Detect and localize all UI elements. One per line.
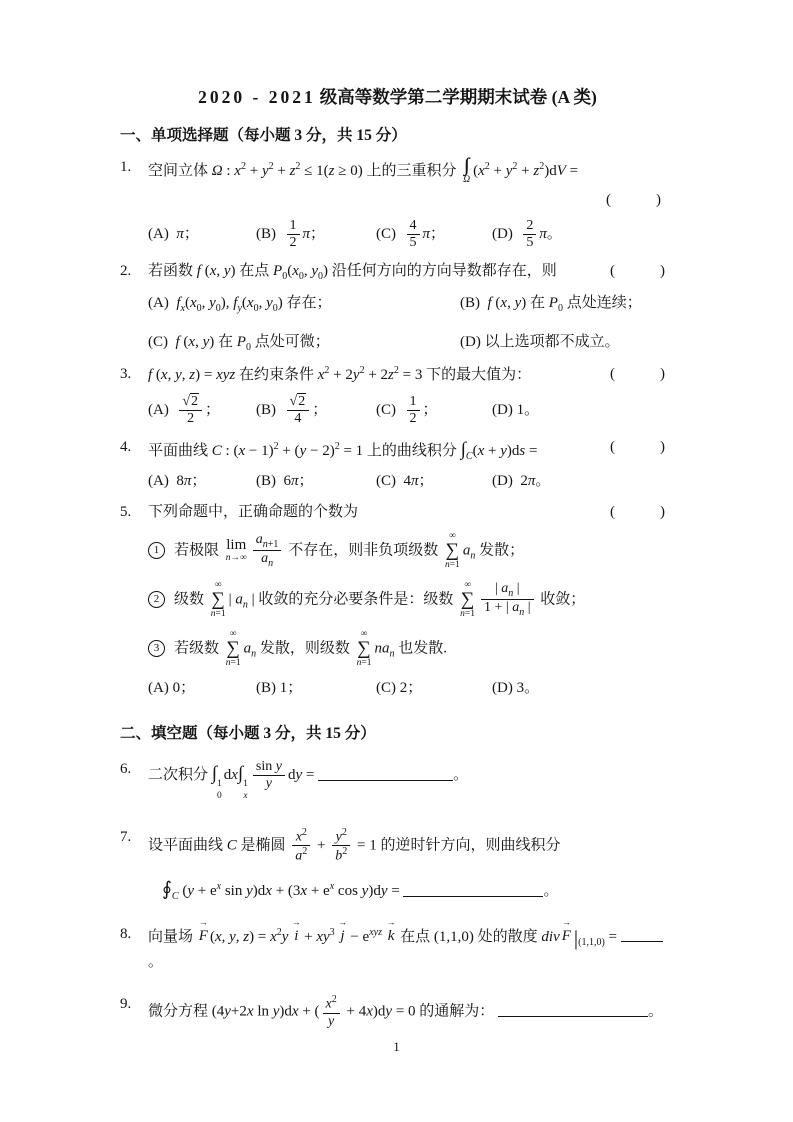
question-3-text: f (x, y, z) = xyz 在约束条件 x2 + 2y2 + 2z2 =…: [148, 364, 604, 385]
option-c: (C) 12；: [376, 394, 492, 427]
option-d: (D) 25π。: [492, 218, 675, 251]
question-5-answer-paren: ( ): [610, 502, 665, 522]
proposition-1: 1 若极限 limn→∞an+1an 不存在，则非负项级数 ∞∑n=1an 发散…: [148, 531, 675, 571]
section1-heading: 一、单项选择题（每小题 3 分，共 15 分）: [120, 126, 675, 147]
option-a: (A) π；: [148, 224, 256, 244]
question-3-options: (A) √22； (B) √24； (C) 12； (D) 1。: [148, 394, 675, 427]
question-1-text: 空间立体 Ω : x2 + y2 + z2 ≤ 1(z ≥ 0) 上的三重积分 …: [148, 157, 675, 186]
option-c: (C) 4π；: [376, 471, 492, 491]
option-a: (A) 0；: [148, 678, 256, 698]
proposition-3-text: 若级数 ∞∑n=1an 发散，则级数 ∞∑n=1nan 也发散.: [174, 629, 447, 669]
question-9-text: 微分方程 (4y+2x ln y)dx + (x2y + 4x)dy = 0 的…: [148, 994, 675, 1030]
option-a: (A) fx(x0, y0), fy(x0, y0) 存在；: [148, 293, 460, 316]
question-7-number: 7.: [120, 827, 148, 847]
option-b: (B) √24；: [256, 394, 376, 427]
question-4-answer-paren: ( ): [610, 437, 665, 457]
proposition-2: 2 级数 ∞∑n=1| an | 收敛的充分必要条件是：级数 ∞∑n=1| an…: [148, 580, 675, 620]
question-5-number: 5.: [120, 502, 148, 522]
question-2-options: (A) fx(x0, y0), fy(x0, y0) 存在； (B) f (x,…: [148, 293, 675, 354]
question-3-answer-paren: ( ): [610, 364, 665, 384]
option-c: (C) 2；: [376, 678, 492, 698]
question-9: 9. 微分方程 (4y+2x ln y)dx + (x2y + 4x)dy = …: [120, 994, 675, 1030]
question-7-formula: ∮C (y + ex sin y)dx + (3x + ex cos y)dy …: [148, 877, 675, 904]
page-number: 1: [0, 1038, 793, 1056]
circled-number-icon: 2: [148, 591, 165, 608]
question-7: 7. 设平面曲线 C 是椭圆 x2a2 + y2b2 = 1 的逆时针方向，则曲…: [120, 827, 675, 904]
option-a: (A) √22；: [148, 394, 256, 427]
option-d: (D) 2π。: [492, 471, 675, 491]
question-5-options: (A) 0； (B) 1； (C) 2； (D) 3。: [148, 678, 675, 698]
question-2: 2. 若函数 f (x, y) 在点 P0(x0, y0) 沿任何方向的方向导数…: [120, 261, 675, 355]
question-2-text: 若函数 f (x, y) 在点 P0(x0, y0) 沿任何方向的方向导数都存在…: [148, 261, 604, 284]
option-b: (B) 6π；: [256, 471, 376, 491]
question-6-number: 6.: [120, 759, 148, 779]
question-5: 5. 下列命题中，正确命题的个数为 ( ) 1 若极限 limn→∞an+1an…: [120, 502, 675, 698]
proposition-2-text: 级数 ∞∑n=1| an | 收敛的充分必要条件是：级数 ∞∑n=1| an |…: [174, 580, 585, 620]
option-b: (B) 12π；: [256, 218, 376, 251]
option-c: (C) f (x, y) 在 P0 点处可微；: [148, 332, 460, 355]
question-1-number: 1.: [120, 157, 148, 177]
question-7-text: 设平面曲线 C 是椭圆 x2a2 + y2b2 = 1 的逆时针方向，则曲线积分: [148, 827, 675, 866]
question-4: 4. 平面曲线 C : (x − 1)2 + (y − 2)2 = 1 上的曲线…: [120, 437, 675, 492]
question-3-number: 3.: [120, 364, 148, 384]
question-3: 3. f (x, y, z) = xyz 在约束条件 x2 + 2y2 + 2z…: [120, 364, 675, 426]
question-5-propositions: 1 若极限 limn→∞an+1an 不存在，则非负项级数 ∞∑n=1an 发散…: [148, 531, 675, 669]
option-b: (B) f (x, y) 在 P0 点处连续；: [460, 293, 675, 316]
question-1: 1. 空间立体 Ω : x2 + y2 + z2 ≤ 1(z ≥ 0) 上的三重…: [120, 157, 675, 251]
option-a: (A) 8π；: [148, 471, 256, 491]
question-1-answer-paren: ( ): [120, 190, 675, 210]
proposition-3: 3 若级数 ∞∑n=1an 发散，则级数 ∞∑n=1nan 也发散.: [148, 629, 675, 669]
question-2-number: 2.: [120, 261, 148, 281]
option-d: (D) 1。: [492, 400, 675, 420]
title-text: 级高等数学第二学期期末试卷 (A 类): [320, 87, 597, 107]
circled-number-icon: 1: [148, 542, 165, 559]
question-4-number: 4.: [120, 437, 148, 457]
question-8: 8. 向量场 →F(x, y, z) = x2y →i + xy3 →j − e…: [120, 924, 675, 973]
title-year-range: 2020 - 2021: [198, 87, 316, 107]
option-b: (B) 1；: [256, 678, 376, 698]
question-6-text: 二次积分 ∫10dx∫1xsin yydy = 。: [148, 759, 675, 803]
exam-paper-page: 2020 - 2021级高等数学第二学期期末试卷 (A 类) 一、单项选择题（每…: [0, 0, 793, 1122]
question-9-number: 9.: [120, 994, 148, 1014]
option-c: (C) 45π；: [376, 218, 492, 251]
option-d: (D) 3。: [492, 678, 675, 698]
circled-number-icon: 3: [148, 640, 165, 657]
page-content: 2020 - 2021级高等数学第二学期期末试卷 (A 类) 一、单项选择题（每…: [0, 0, 793, 1030]
question-8-text: 向量场 →F(x, y, z) = x2y →i + xy3 →j − exyz…: [148, 924, 675, 973]
question-1-options: (A) π； (B) 12π； (C) 45π； (D) 25π。: [148, 218, 675, 251]
option-d: (D) 以上选项都不成立。: [460, 332, 675, 355]
proposition-1-text: 若极限 limn→∞an+1an 不存在，则非负项级数 ∞∑n=1an 发散；: [174, 531, 524, 571]
page-title: 2020 - 2021级高等数学第二学期期末试卷 (A 类): [120, 86, 675, 110]
question-4-options: (A) 8π； (B) 6π； (C) 4π； (D) 2π。: [148, 471, 675, 491]
question-4-text: 平面曲线 C : (x − 1)2 + (y − 2)2 = 1 上的曲线积分 …: [148, 437, 604, 464]
section2-heading: 二、填空题（每小题 3 分，共 15 分）: [120, 724, 675, 745]
question-2-answer-paren: ( ): [610, 261, 665, 281]
question-8-number: 8.: [120, 924, 148, 944]
question-6: 6. 二次积分 ∫10dx∫1xsin yydy = 。: [120, 759, 675, 803]
question-5-text: 下列命题中，正确命题的个数为: [148, 502, 604, 522]
